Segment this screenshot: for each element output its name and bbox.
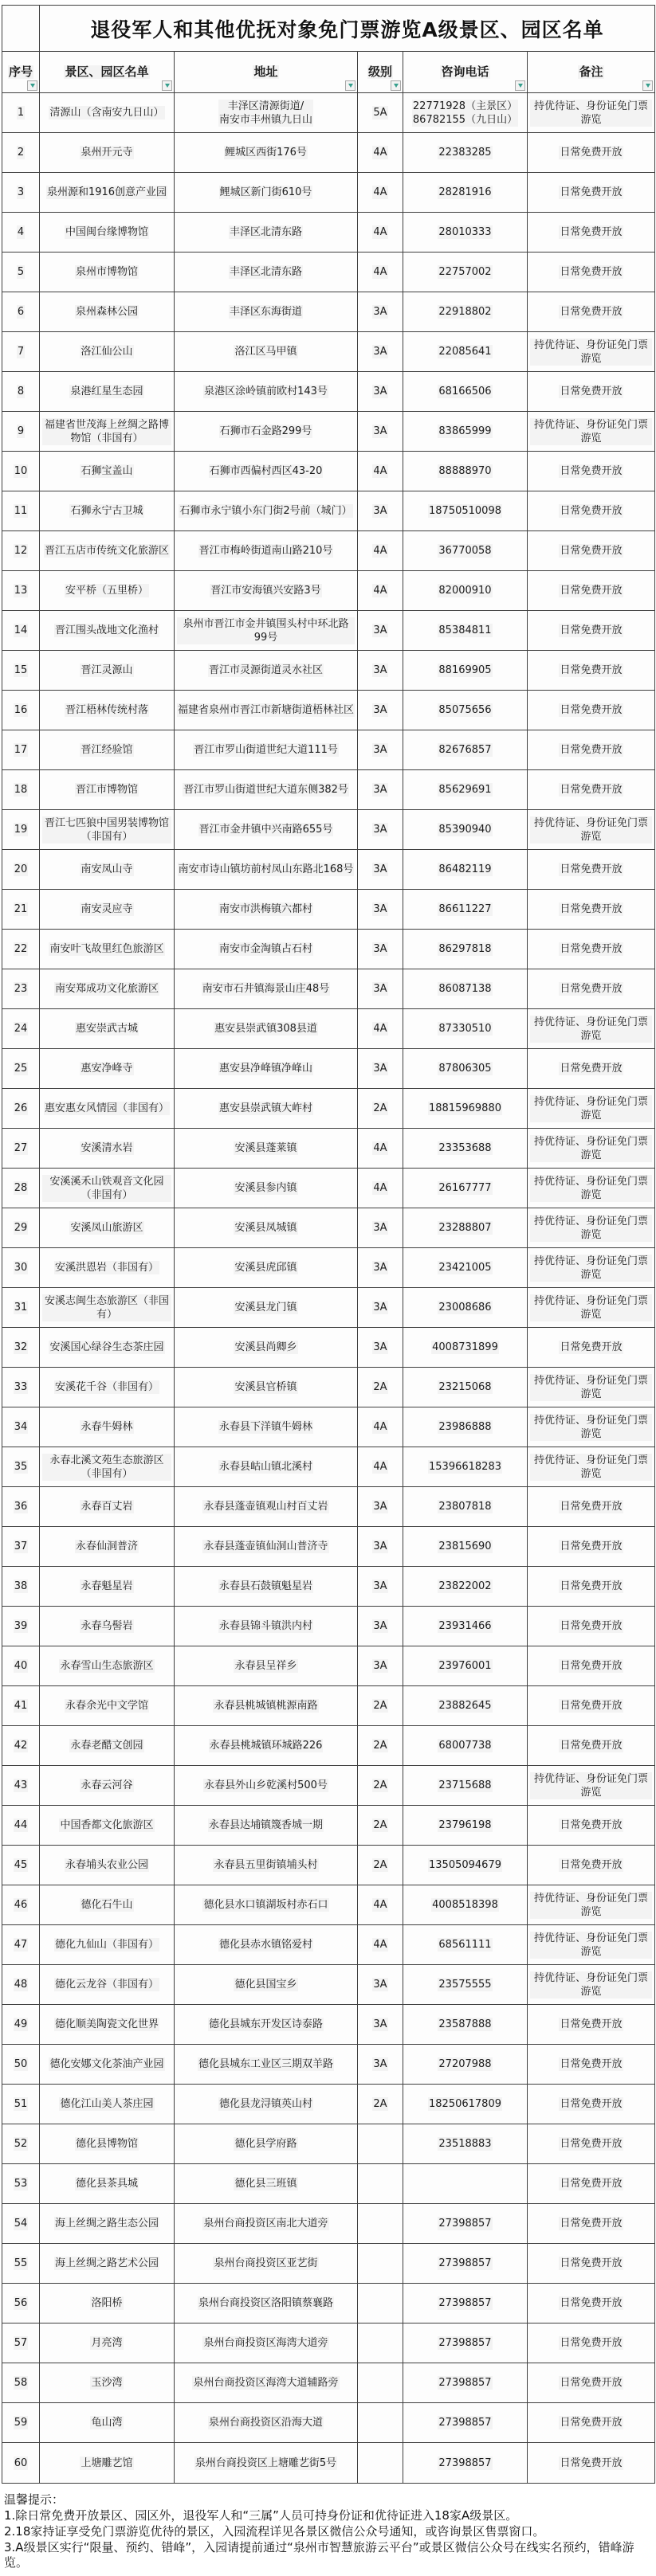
cell-phone: 23976001 [403,1646,528,1685]
cell-note-text: 日常免费开放 [559,464,623,478]
cell-note-text: 持优待证、身份证免门票游览 [530,1255,652,1282]
cell-address-text: 德化县城东开发区诗泰路 [208,2018,324,2031]
table-row: 54海上丝绸之路生态公园泉州台商投资区南北大道旁27398857日常免费开放 [2,2204,654,2244]
cell-no: 8 [2,372,40,411]
filter-dropdown-button[interactable] [391,80,401,91]
cell-level: 3A [358,930,403,969]
cell-no: 29 [2,1208,40,1247]
cell-level: 3A [358,1527,403,1566]
cell-note: 日常免费开放 [528,1846,654,1885]
cell-level-text: 4A [372,265,387,279]
cell-phone: 36770058 [403,531,528,570]
cell-level-text: 3A [372,1580,387,1593]
cell-note: 日常免费开放 [528,253,654,292]
cell-level-text: 2A [372,1818,387,1832]
cell-name-text: 德化顺美陶瓷文化世界 [54,2018,159,2031]
cell-name-text: 永春余光中文学馆 [65,1699,149,1713]
cell-note-text: 日常免费开放 [559,504,623,518]
cell-address: 晋江市罗山街道世纪大道111号 [175,730,358,769]
cell-no: 44 [2,1806,40,1845]
cell-address-text: 鲤城区西街176号 [224,146,308,159]
cell-name-text: 南安郑成功文化旅游区 [54,982,159,996]
cell-level: 3A [358,611,403,650]
cell-address-text: 永春县达埔镇篾香城一期 [208,1818,324,1832]
cell-name-text: 南安叶飞故里红色旅游区 [49,942,164,956]
cell-name: 安溪洪恩岩（非国有） [40,1248,175,1287]
cell-phone-text: 27398857 [438,2257,492,2270]
cell-no: 58 [2,2363,40,2402]
cell-name-text: 泉州森林公园 [75,305,139,319]
cell-no: 30 [2,1248,40,1287]
cell-address-text: 石狮市石金路299号 [219,425,313,438]
cell-address: 南安市洪梅镇六都村 [175,890,358,929]
cell-address: 永春县五里街镇埔头村 [175,1846,358,1885]
cell-phone-text: 23931466 [438,1619,492,1633]
table-row: 39永春乌髻岩永春县锦斗镇洪内村3A23931466日常免费开放 [2,1607,654,1646]
cell-name-text: 永春雪山生态旅游区 [59,1659,154,1673]
cell-no-text: 49 [14,2018,29,2031]
cell-name-text: 永春魁星岩 [80,1580,133,1593]
cell-name: 晋江七匹狼中国男装博物馆（非国有） [40,810,175,849]
table-row: 60上塘雕艺馆泉州台商投资区上塘雕艺街5号27398857日常免费开放 [2,2443,654,2483]
cell-no-text: 5 [17,265,25,279]
cell-note-text: 日常免费开放 [559,2137,623,2151]
cell-no: 1 [2,93,40,132]
table-row: 33安溪花千谷（非国有）安溪县官桥镇2A23215068持优待证、身份证免门票游… [2,1368,654,1407]
cell-name: 德化县博物馆 [40,2124,175,2163]
cell-no-text: 11 [14,504,29,518]
cell-phone-text: 82000910 [438,584,492,597]
cell-level: 3A [358,1487,403,1526]
cell-name: 永春北溪文苑生态旅游区（非国有） [40,1447,175,1486]
cell-phone-text: 18750510098 [428,504,502,518]
cell-level-text: 3A [372,504,387,518]
cell-name: 安溪溪禾山铁观音文化园（非国有） [40,1169,175,1208]
cell-address: 泉州台商投资区海湾大道辅路旁 [175,2363,358,2402]
cell-address-text: 永春县岵山镇北溪村 [218,1460,313,1474]
cell-name-text: 安溪国心绿谷生态茶庄园 [49,1341,164,1354]
cell-address-text: 安溪县官桥镇 [234,1380,297,1394]
cell-address-text: 南安市金淘镇占石村 [218,942,313,956]
cell-note-text: 持优待证、身份证免门票游览 [530,1294,652,1321]
cell-name-text: 永春云河谷 [80,1779,133,1792]
cell-name: 晋江梧林传统村落 [40,691,175,730]
cell-address: 德化县城东开发区诗泰路 [175,2005,358,2044]
filter-dropdown-button[interactable] [27,80,37,91]
cell-phone: 22085641 [403,332,528,371]
cell-level-text: 3A [372,1261,387,1274]
cell-no-text: 4 [17,225,25,239]
cell-note: 日常免费开放 [528,1527,654,1566]
column-header-address-label: 地址 [253,65,278,79]
cell-level [358,2363,403,2402]
cell-name: 安溪清水岩 [40,1129,175,1168]
cell-note-text: 日常免费开放 [559,1500,623,1513]
cell-address: 德化县龙浔镇英山村 [175,2085,358,2124]
cell-address-text: 德化县城东工业区三期双羊路 [198,2057,334,2071]
table-row: 57月亮湾泉州台商投资区海湾大道旁27398857日常免费开放 [2,2323,654,2363]
cell-no-text: 36 [14,1500,29,1513]
cell-level-text: 3A [372,863,387,876]
cell-level: 4A [358,213,403,252]
cell-name-text: 安溪志闽生态旅游区（非国有） [42,1294,171,1321]
table-row: 8泉港红星生态园泉港区涂岭镇前欧村143号3A68166506日常免费开放 [2,372,654,412]
cell-phone: 85384811 [403,611,528,650]
cell-name: 惠安崇武古城 [40,1009,175,1048]
cell-note-text: 日常免费开放 [559,703,623,717]
cell-note: 日常免费开放 [528,452,654,491]
cell-note: 日常免费开放 [528,1686,654,1725]
cell-level: 4A [358,531,403,570]
cell-level-text: 3A [372,345,387,358]
cell-no: 14 [2,611,40,650]
cell-level-text: 3A [372,425,387,438]
table-row: 51德化江山美人茶庄园德化县龙浔镇英山村2A18250617809日常免费开放 [2,2085,654,2124]
cell-level-text: 2A [372,1699,387,1713]
cell-address: 德化县国宝乡 [175,1965,358,2004]
cell-name-text: 安溪溪禾山铁观音文化园（非国有） [42,1175,171,1202]
cell-address-text: 安溪县蓬莱镇 [234,1141,297,1155]
cell-no: 45 [2,1846,40,1885]
cell-address: 泉州市晋江市金井镇围头村中环北路99号 [175,611,358,650]
cell-phone-text: 36770058 [438,544,492,558]
cell-no: 57 [2,2323,40,2363]
cell-no-text: 39 [14,1619,29,1633]
table-row: 36永春百丈岩永春县蓬壶镇观山村百丈岩3A23807818日常免费开放 [2,1487,654,1527]
cell-address-text: 德化县国宝乡 [234,1978,297,1991]
cell-phone: 27398857 [403,2363,528,2402]
cell-level: 4A [358,173,403,212]
cell-address-text: 晋江市安海镇兴安路3号 [210,584,321,597]
cell-no-text: 38 [14,1580,29,1593]
cell-no-text: 48 [14,1978,29,1991]
cell-note: 日常免费开放 [528,133,654,172]
cell-name-text: 中国香都文化旅游区 [59,1818,154,1832]
cell-no: 42 [2,1726,40,1765]
cell-address: 丰泽区清源街道/ 南安市丰州镇九日山 [175,93,358,132]
cell-address: 永春县桃城镇桃源南路 [175,1686,358,1725]
filter-dropdown-button[interactable] [345,80,355,91]
table-title-row: 退役军人和其他优抚对象免门票游览A级景区、园区名单 [2,6,654,52]
cell-phone-text: 18250617809 [428,2097,502,2111]
cell-phone-text: 22918802 [438,305,492,319]
cell-note: 日常免费开放 [528,491,654,530]
cell-name-text: 晋江经验馆 [80,743,133,757]
cell-level: 3A [358,1607,403,1646]
cell-note: 持优待证、身份证免门票游览 [528,1089,654,1128]
cell-address-text: 德化县赤水镇铭爱村 [218,1938,313,1952]
cell-level-text: 3A [372,1978,387,1991]
cell-phone: 87806305 [403,1049,528,1088]
cell-level: 3A [358,1965,403,2004]
cell-no: 12 [2,531,40,570]
cell-level: 3A [358,691,403,730]
cell-phone-text: 68561111 [438,1938,492,1952]
cell-note-text: 持优待证、身份证免门票游览 [530,1414,652,1441]
cell-phone-text: 87330510 [438,1022,492,1035]
cell-name-text: 泉州开元寺 [80,146,133,159]
cell-name: 永春牛姆林 [40,1407,175,1447]
cell-no: 56 [2,2284,40,2323]
cell-address: 安溪县官桥镇 [175,1368,358,1407]
cell-note-text: 日常免费开放 [559,2296,623,2310]
cell-phone-text: 85384811 [438,624,492,637]
table-row: 3泉州源和1916创意产业园鲤城区新门街610号4A28281916日常免费开放 [2,173,654,213]
cell-name: 德化石牛山 [40,1885,175,1924]
cell-note-text: 持优待证、身份证免门票游览 [530,1175,652,1202]
table-row: 26惠安惠女风情园（非国有）惠安县崇武镇大岞村2A18815969880持优待证… [2,1089,654,1129]
cell-address-text: 南安市石井镇海景山庄48号 [202,982,331,996]
cell-name-text: 月亮湾 [90,2336,123,2350]
cell-no: 31 [2,1288,40,1327]
cell-address: 永春县呈祥乡 [175,1646,358,1685]
cell-address: 安溪县凤城镇 [175,1208,358,1247]
cell-address-text: 晋江市罗山街道世纪大道111号 [193,743,339,757]
table-row: 49德化顺美陶瓷文化世界德化县城东开发区诗泰路3A23587888日常免费开放 [2,2005,654,2045]
cell-phone-text: 23986888 [438,1420,492,1434]
cell-level [358,2323,403,2363]
cell-name-text: 德化石牛山 [80,1898,133,1912]
cell-name: 石狮永宁古卫城 [40,491,175,530]
cell-note: 持优待证、身份证免门票游览 [528,1248,654,1287]
cell-no: 6 [2,292,40,331]
cell-level: 3A [358,1208,403,1247]
cell-address-text: 丰泽区东海街道 [229,305,303,319]
cell-no: 60 [2,2443,40,2483]
cell-level: 3A [358,1248,403,1287]
cell-address: 鲤城区新门街610号 [175,173,358,212]
cell-no-text: 41 [14,1699,29,1713]
cell-name-text: 石狮永宁古卫城 [69,504,143,518]
cell-name: 永春埔头农业公园 [40,1846,175,1885]
cell-address-text: 永春县石鼓镇魁星岩 [218,1580,313,1593]
cell-phone-text: 23353688 [438,1141,492,1155]
filter-dropdown-button[interactable] [162,80,172,91]
cell-note: 日常免费开放 [528,1487,654,1526]
cell-phone-text: 22383285 [438,146,492,159]
cell-address-text: 德化县水口镇湖坂村赤石口 [202,1898,328,1912]
cell-address: 永春县达埔镇篾香城一期 [175,1806,358,1845]
cell-phone-text: 86482119 [438,863,492,876]
cell-address-text: 德化县学府路 [234,2137,297,2151]
cell-phone: 22918802 [403,292,528,331]
cell-address-text: 石狮市西偏村西区43-20 [209,464,324,478]
cell-note-text: 持优待证、身份证免门票游览 [530,418,652,445]
cell-note-text: 日常免费开放 [559,783,623,797]
cell-no-text: 50 [14,2057,29,2071]
cell-level-text: 3A [372,823,387,836]
cell-name: 德化云龙谷（非国有） [40,1965,175,2004]
cell-note: 日常免费开放 [528,2323,654,2363]
cell-name-text: 泉州市博物馆 [75,265,139,279]
cell-level-text: 3A [372,305,387,319]
cell-no-text: 1 [17,106,25,119]
cell-note-text: 日常免费开放 [559,1739,623,1752]
cell-note-text: 日常免费开放 [559,1062,623,1075]
cell-name: 清源山（含南安九日山） [40,93,175,132]
cell-no-text: 10 [14,464,29,478]
cell-address-text: 永春县五里街镇埔头村 [213,1858,318,1872]
chevron-down-icon [646,84,650,88]
cell-address-text: 安溪县凤城镇 [234,1221,297,1235]
table-row: 14晋江围头战地文化渔村泉州市晋江市金井镇围头村中环北路99号3A8538481… [2,611,654,651]
cell-name-text: 永春北溪文苑生态旅游区（非国有） [42,1454,171,1481]
cell-name: 中国香都文化旅游区 [40,1806,175,1845]
cell-level: 3A [358,372,403,411]
cell-name-text: 玉沙湾 [90,2376,123,2390]
cell-address-text: 泉州台商投资区海湾大道旁 [202,2336,328,2350]
cell-phone-text: 27398857 [438,2217,492,2230]
cell-address-text: 晋江市灵源街道灵水社区 [208,664,324,677]
cell-no-text: 53 [14,2177,29,2190]
footer-note: 1.除日常免费开放景区、园区外，退役军人和“三属”人员可持身份证和优待证进入18… [4,2508,651,2523]
cell-phone-text: 68166506 [438,385,492,398]
cell-name-text: 德化安娜文化茶油产业园 [49,2057,164,2071]
cell-phone-text: 87806305 [438,1062,492,1075]
table-row: 17晋江经验馆晋江市罗山街道世纪大道111号3A82676857日常免费开放 [2,730,654,770]
cell-note: 日常免费开放 [528,850,654,889]
cell-address: 泉州台商投资区上塘雕艺街5号 [175,2443,358,2483]
cell-name: 惠安惠女风情园（非国有） [40,1089,175,1128]
cell-address-text: 洛江区马甲镇 [234,345,297,358]
cell-address-text: 永春县桃城镇环城路226 [209,1739,324,1752]
cell-no-text: 52 [14,2137,29,2151]
cell-no: 4 [2,213,40,252]
cell-phone: 68166506 [403,372,528,411]
cell-note: 日常免费开放 [528,1328,654,1367]
cell-note: 持优待证、身份证免门票游览 [528,1208,654,1247]
cell-phone-text: 23822002 [438,1580,492,1593]
cell-name: 德化安娜文化茶油产业园 [40,2045,175,2084]
cell-name: 泉州森林公园 [40,292,175,331]
cell-name: 南安凤山寺 [40,850,175,889]
column-header-name-label: 景区、园区名单 [64,65,149,79]
cell-note: 日常免费开放 [528,2363,654,2402]
cell-name: 德化县茶具城 [40,2164,175,2203]
cell-phone: 23815690 [403,1527,528,1566]
cell-note: 日常免费开放 [528,1567,654,1606]
cell-level-text: 4A [372,225,387,239]
cell-address-text: 鲤城区新门街610号 [219,186,313,199]
cell-no-text: 2 [17,146,25,159]
cell-note: 持优待证、身份证免门票游览 [528,810,654,849]
table-row: 59龟山湾泉州台商投资区沿海大道27398857日常免费开放 [2,2403,654,2443]
cell-note-text: 日常免费开放 [559,1659,623,1673]
column-header-phone-label: 咨询电话 [440,65,489,79]
cell-phone-text: 85075656 [438,703,492,717]
cell-name: 南安灵应寺 [40,890,175,929]
cell-address: 德化县水口镇湖坂村赤石口 [175,1885,358,1924]
cell-address-text: 泉州台商投资区沿海大道 [208,2416,324,2429]
cell-level-text: 3A [372,664,387,677]
cell-phone-text: 27398857 [438,2416,492,2429]
cell-level-text: 3A [372,1659,387,1673]
cell-level: 2A [358,1089,403,1128]
cell-level: 3A [358,412,403,451]
cell-address: 丰泽区北清东路 [175,213,358,252]
cell-no-text: 27 [14,1141,29,1155]
cell-level-text: 4A [372,1898,387,1912]
cell-name-text: 晋江围头战地文化渔村 [54,624,159,637]
cell-level-text: 4A [372,464,387,478]
cell-address-text: 泉州台商投资区南北大道旁 [202,2217,328,2230]
cell-no: 26 [2,1089,40,1128]
cell-phone: 83865999 [403,412,528,451]
cell-note: 持优待证、身份证免门票游览 [528,1925,654,1964]
cell-no: 47 [2,1925,40,1964]
cell-note: 日常免费开放 [528,531,654,570]
cell-phone: 87330510 [403,1009,528,1048]
cell-name: 南安郑成功文化旅游区 [40,969,175,1008]
cell-address: 安溪县蓬莱镇 [175,1129,358,1168]
cell-phone: 23421005 [403,1248,528,1287]
cell-name: 安溪志闽生态旅游区（非国有） [40,1288,175,1327]
title-stub-cell [2,6,40,51]
cell-level: 3A [358,1288,403,1327]
cell-address-text: 泉州台商投资区上塘雕艺街5号 [194,2457,337,2470]
cell-no-text: 37 [14,1540,29,1553]
cell-address: 丰泽区东海街道 [175,292,358,331]
cell-no: 2 [2,133,40,172]
cell-phone: 23288807 [403,1208,528,1247]
cell-level: 3A [358,810,403,849]
filter-dropdown-button[interactable] [515,80,525,91]
table-row: 5泉州市博物馆丰泽区北清东路4A22757002日常免费开放 [2,253,654,292]
cell-phone-text: 23421005 [438,1261,492,1274]
cell-note-text: 日常免费开放 [559,2416,623,2429]
cell-address: 惠安县净峰镇净峰山 [175,1049,358,1088]
cell-level: 4A [358,1447,403,1486]
cell-note: 日常免费开放 [528,292,654,331]
cell-no-text: 14 [14,624,29,637]
cell-phone-text: 68007738 [438,1739,492,1752]
cell-no-text: 23 [14,982,29,996]
table-row: 4中国闽台缘博物馆丰泽区北清东路4A28010333日常免费开放 [2,213,654,253]
cell-address: 安溪县尚卿乡 [175,1328,358,1367]
cell-note: 日常免费开放 [528,213,654,252]
cell-no-text: 26 [14,1102,29,1115]
cell-name-text: 石狮宝盖山 [80,464,133,478]
cell-name-text: 永春百丈岩 [80,1500,133,1513]
cell-no: 22 [2,930,40,969]
cell-name-text: 龟山湾 [90,2416,123,2429]
cell-phone: 88888970 [403,452,528,491]
filter-dropdown-button[interactable] [642,80,653,91]
cell-no: 40 [2,1646,40,1685]
cell-no-text: 9 [17,425,25,438]
cell-no: 37 [2,1527,40,1566]
cell-address: 泉州台商投资区亚艺街 [175,2244,358,2283]
cell-level-text: 2A [372,1380,387,1394]
cell-name-text: 南安灵应寺 [80,902,133,916]
cell-note: 日常免费开放 [528,1049,654,1088]
cell-address: 德化县赤水镇铭爱村 [175,1925,358,1964]
cell-no: 33 [2,1368,40,1407]
cell-phone-text: 18815969880 [428,1102,502,1115]
cell-address: 鲤城区西街176号 [175,133,358,172]
cell-note-text: 日常免费开放 [559,2376,623,2390]
cell-name: 洛阳桥 [40,2284,175,2323]
cell-note: 日常免费开放 [528,2403,654,2442]
cell-phone: 23931466 [403,1607,528,1646]
cell-address: 石狮市西偏村西区43-20 [175,452,358,491]
cell-note-text: 日常免费开放 [559,544,623,558]
cell-no-text: 19 [14,823,29,836]
cell-address-text: 永春县桃城镇桃源南路 [213,1699,318,1713]
cell-note: 日常免费开放 [528,372,654,411]
cell-phone: 23215068 [403,1368,528,1407]
cell-note-text: 持优待证、身份证免门票游览 [530,816,652,844]
